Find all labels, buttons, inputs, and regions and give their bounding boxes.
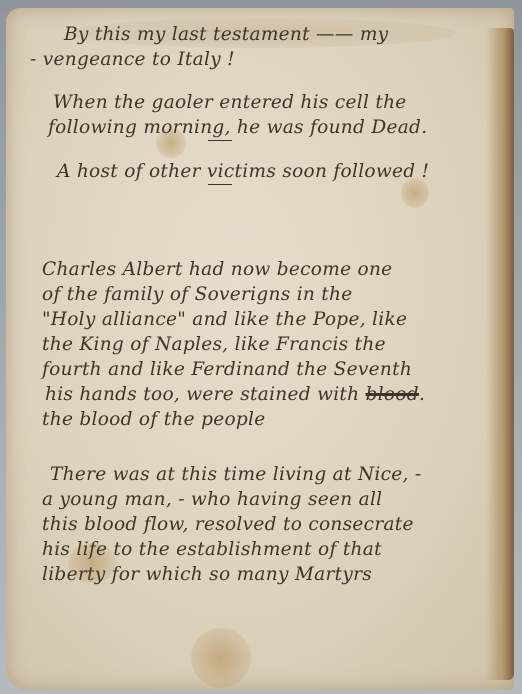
page-edge — [486, 28, 514, 680]
text-line: this blood flow, resolved to consecrate — [42, 512, 480, 537]
text-line: By this my last testament —— my — [64, 22, 480, 47]
struck-word: blood — [366, 384, 419, 405]
text-line: A host of other victims soon followed ! — [57, 159, 480, 184]
text-line: of the family of Soverigns in the — [42, 282, 480, 307]
text-line: Charles Albert had now become one — [42, 257, 480, 282]
manuscript-text: By this my last testament —— my - vengea… — [40, 22, 480, 587]
stain-spot — [191, 628, 251, 688]
text-line: following morning, he was found Dead. — [48, 115, 480, 140]
text-line: fourth and like Ferdinand the Seventh — [42, 357, 480, 382]
text-line: When the gaoler entered his cell the — [53, 90, 480, 115]
line-text: his hands too, were stained with — [45, 384, 359, 405]
text-line: There was at this time living at Nice, - — [50, 462, 480, 487]
text-line: his life to the establishment of that — [42, 537, 480, 562]
text-line: "Holy alliance" and like the Pope, like — [42, 307, 480, 332]
text-line: - vengeance to Italy ! — [30, 47, 480, 72]
text-line: liberty for which so many Martyrs — [42, 562, 480, 587]
text-line: the King of Naples, like Francis the — [42, 332, 480, 357]
text-line: a young man, - who having seen all — [42, 487, 480, 512]
text-line: his hands too, were stained with blood. — [45, 382, 480, 407]
text-line: the blood of the people — [42, 407, 480, 432]
